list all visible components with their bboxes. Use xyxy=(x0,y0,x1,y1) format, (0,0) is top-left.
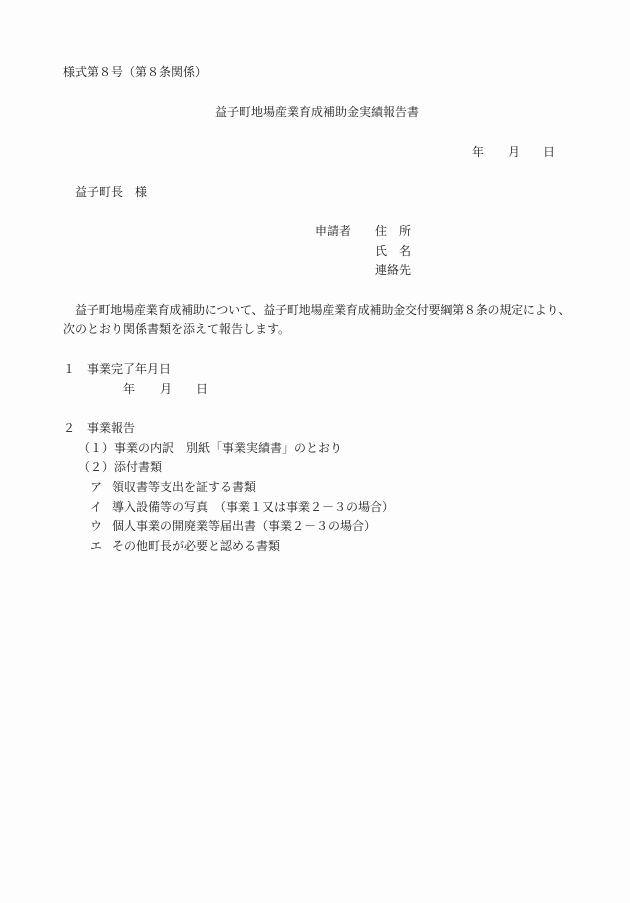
addressee: 益子町長 様 xyxy=(75,186,147,198)
name-field-label: 氏 名 xyxy=(375,245,411,257)
section-1-title: 事業完了年月日 xyxy=(87,362,171,376)
address-field-label: 住 所 xyxy=(375,225,411,237)
completion-month-label: 月 xyxy=(160,383,172,395)
attachment-marker: ア xyxy=(90,481,112,493)
document-title: 益子町地場産業育成補助金実績報告書 xyxy=(215,106,419,118)
attachment-item: ウ個人事業の開廃業等届出書（事業２－３の場合） xyxy=(90,520,376,532)
applicant-label: 申請者 xyxy=(315,225,351,237)
section-2-title: 事業報告 xyxy=(87,421,135,435)
section-2-heading: ２事業報告 xyxy=(63,422,135,434)
attachment-text: 領収書等支出を証する書類 xyxy=(112,480,256,494)
date-day-label: 日 xyxy=(543,146,555,158)
attachment-text: 個人事業の開廃業等届出書（事業２－３の場合） xyxy=(112,519,376,533)
completion-day-label: 日 xyxy=(196,383,208,395)
attachment-marker: エ xyxy=(90,540,112,552)
date-month-label: 月 xyxy=(508,146,520,158)
date-year-label: 年 xyxy=(472,146,484,158)
attachment-item: ア領収書等支出を証する書類 xyxy=(90,481,256,493)
body-text-line-2: 次のとおり関係書類を添えて報告します。 xyxy=(63,323,290,335)
document-page: 様式第８号（第８条関係） 益子町地場産業育成補助金実績報告書 年 月 日 益子町… xyxy=(0,0,630,903)
section-1-heading: １事業完了年月日 xyxy=(63,363,171,375)
completion-year-label: 年 xyxy=(123,383,135,395)
attachment-marker: ウ xyxy=(90,520,112,532)
form-number: 様式第８号（第８条関係） xyxy=(63,66,207,78)
subsection-breakdown: （１）事業の内訳 別紙「事業実績書」のとおり xyxy=(78,442,342,454)
attachment-item: イ導入設備等の写真 （事業１又は事業２－３の場合） xyxy=(90,501,394,513)
body-text-line-1: 益子町地場産業育成補助について、益子町地場産業育成補助金交付要綱第８条の規定によ… xyxy=(75,304,570,316)
section-1-number: １ xyxy=(63,363,87,375)
attachment-marker: イ xyxy=(90,501,112,513)
attachment-text: 導入設備等の写真 （事業１又は事業２－３の場合） xyxy=(112,500,394,514)
attachment-item: エその他町長が必要と認める書類 xyxy=(90,540,280,552)
contact-field-label: 連絡先 xyxy=(375,264,411,276)
section-2-number: ２ xyxy=(63,422,87,434)
subsection-attachments: （２）添付書類 xyxy=(78,461,162,473)
attachment-text: その他町長が必要と認める書類 xyxy=(112,539,280,553)
